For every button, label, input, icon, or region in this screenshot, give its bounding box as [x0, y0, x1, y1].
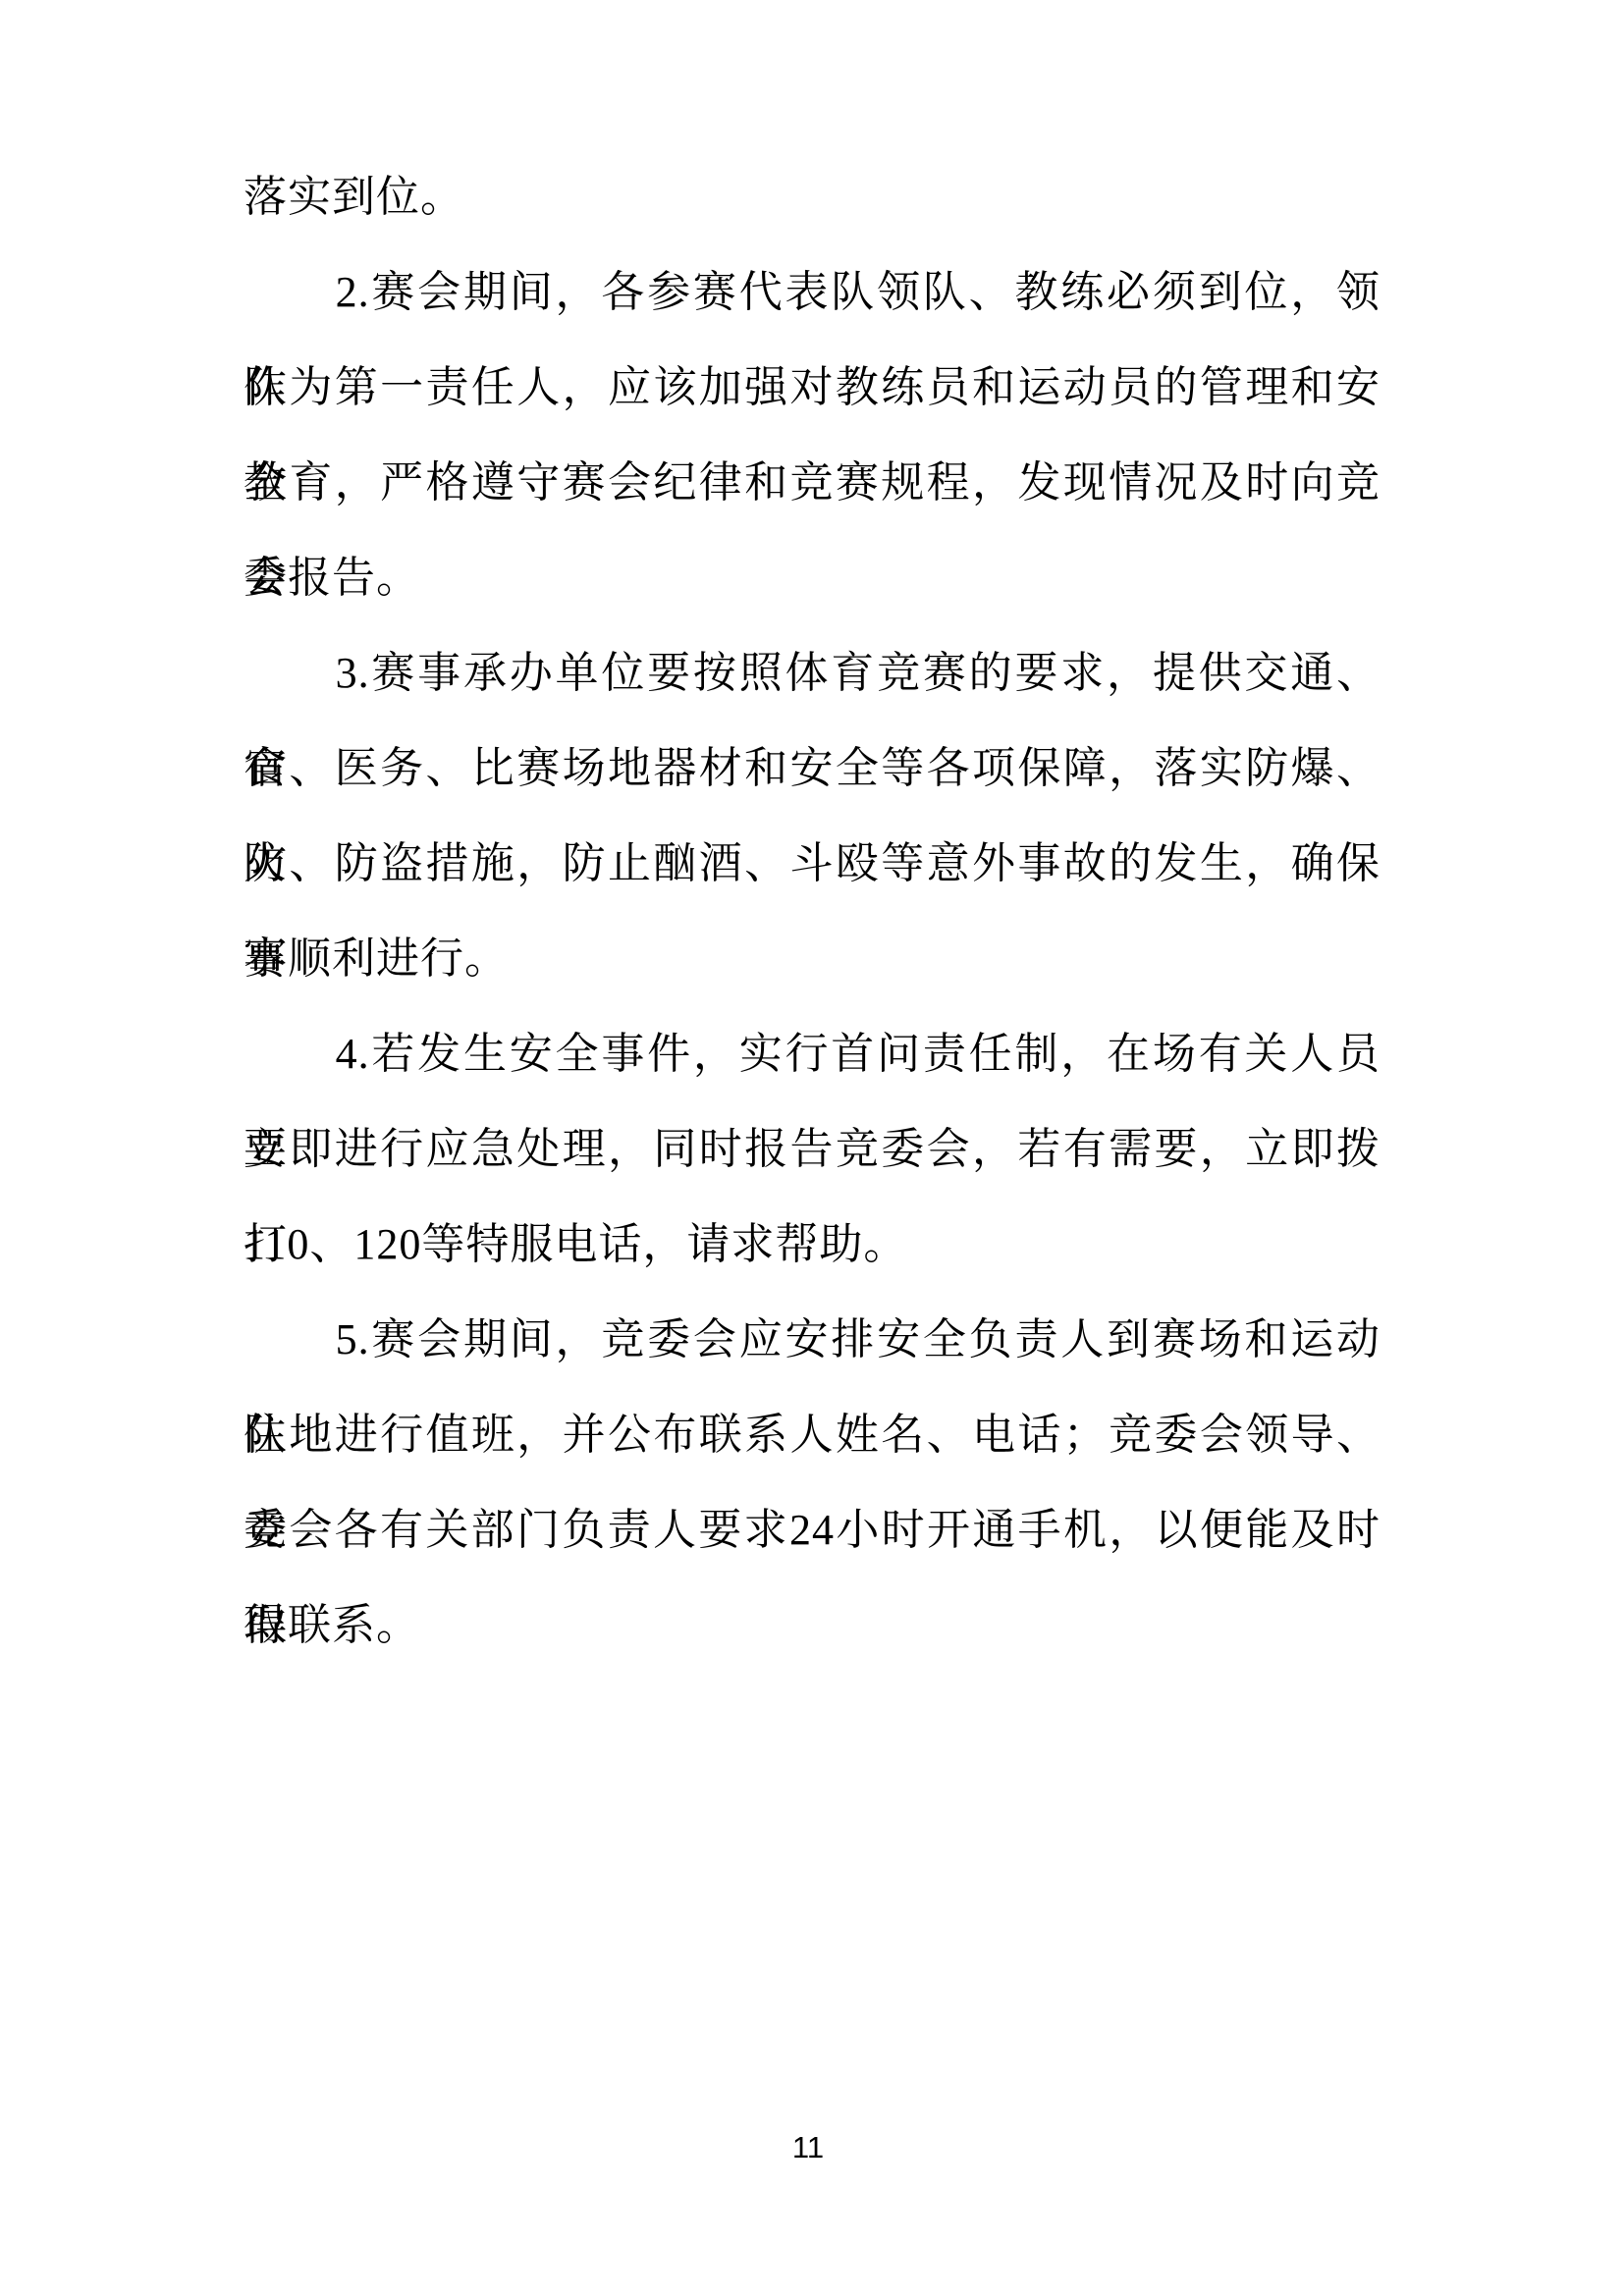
text-line: 会报告。	[244, 530, 1380, 625]
text-line: 作为第一责任人，应该加强对教练员和运动员的管理和安全	[244, 340, 1380, 435]
text-line: 火、防盗措施，防止酗酒、斗殴等意外事故的发生，确保赛	[244, 816, 1380, 911]
text-line: 110、120等特服电话，请求帮助。	[244, 1197, 1380, 1292]
document-page: 落实到位。 2.赛会期间，各参赛代表队领队、教练必须到位，领队 作为第一责任人，…	[0, 0, 1624, 2296]
text-line: 立即进行应急处理，同时报告竞委会，若有需要，立即拨打	[244, 1101, 1380, 1197]
text-line: 得联系。	[244, 1577, 1380, 1673]
page-number: 11	[0, 2123, 1616, 2172]
text-line: 教育，严格遵守赛会纪律和竞赛规程，发现情况及时向竞委	[244, 435, 1380, 530]
text-line: 3.赛事承办单位要按照体育竞赛的要求，提供交通、食	[244, 625, 1380, 721]
text-line: 5.赛会期间，竞委会应安排安全负责人到赛场和运动队	[244, 1292, 1380, 1387]
text-line: 落实到位。	[244, 149, 1380, 244]
text-line: 2.赛会期间，各参赛代表队领队、教练必须到位，领队	[244, 244, 1380, 340]
text-line: 住地进行值班，并公布联系人姓名、电话；竞委会领导、竞	[244, 1387, 1380, 1482]
text-line: 4.若发生安全事件，实行首问责任制，在场有关人员要	[244, 1006, 1380, 1101]
document-body: 落实到位。 2.赛会期间，各参赛代表队领队、教练必须到位，领队 作为第一责任人，…	[244, 149, 1380, 1673]
text-line: 委会各有关部门负责人要求24小时开通手机，以便能及时取	[244, 1482, 1380, 1577]
text-line: 事顺利进行。	[244, 911, 1380, 1006]
text-line: 宿、医务、比赛场地器材和安全等各项保障，落实防爆、防	[244, 721, 1380, 816]
